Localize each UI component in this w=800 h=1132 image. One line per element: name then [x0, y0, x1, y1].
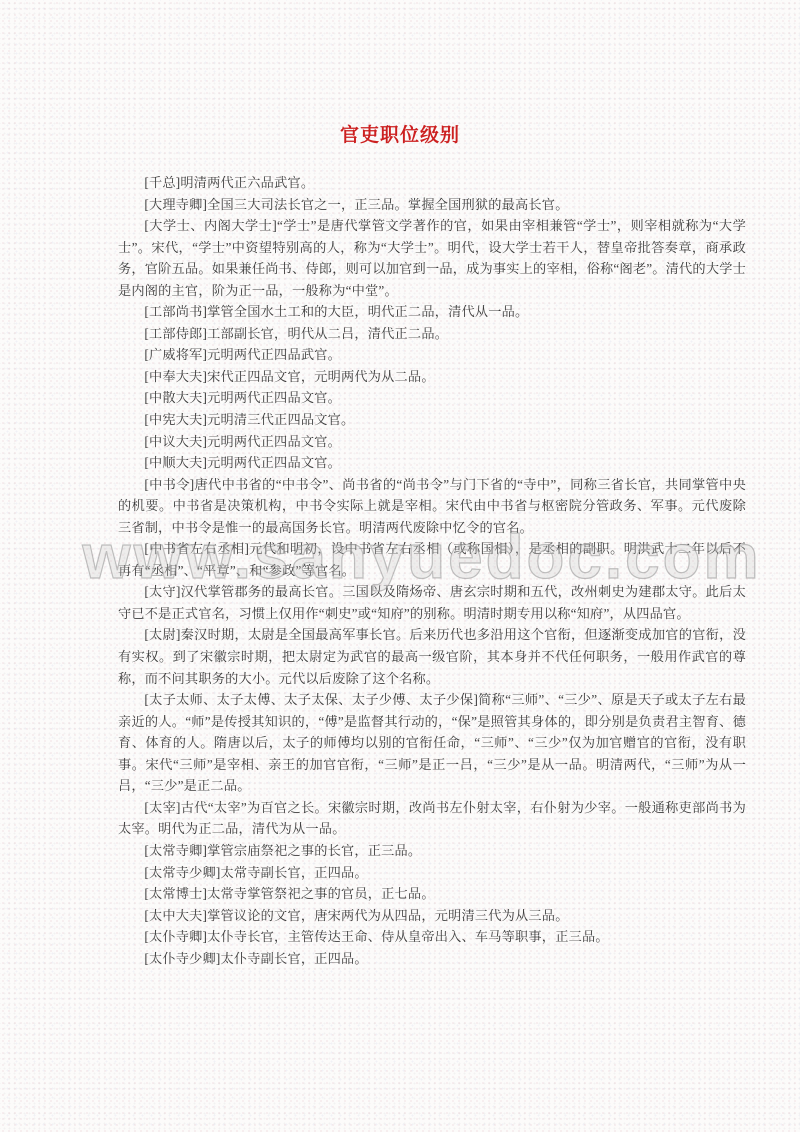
- paragraph: [太守]汉代掌管郡务的最高长官。三国以及隋炀帝、唐玄宗时期和五代，改州刺史为建郡…: [118, 581, 746, 624]
- paragraph-text: 太仆寺副长官，正四品。: [221, 951, 368, 966]
- paragraph-text: 元明两代正四品文官。: [207, 434, 341, 449]
- term-label: [太常寺少卿]: [144, 865, 220, 880]
- paragraph-text: 明清两代正六品武官。: [180, 175, 314, 190]
- paragraph-text: 元明两代正四品文官。: [207, 455, 341, 470]
- paragraph-text: 简称“三师”、“三少”、原是天子或太子左右最亲近的人。“师”是传授其知识的，“傅…: [118, 692, 746, 793]
- term-label: [广威将军]: [144, 347, 207, 362]
- paragraph-text: 秦汉时期，太尉是全国最高军事长官。后来历代也多沿用这个官衔，但逐渐变成加官的官衔…: [118, 627, 746, 685]
- document-body: [千总]明清两代正六品武官。[大理寺卿]全国三大司法长官之一，正三品。掌握全国刑…: [118, 172, 746, 969]
- paragraph-text: 工部副长官，明代从二吕，清代正二品。: [207, 326, 448, 341]
- term-label: [中书令]: [144, 477, 194, 492]
- term-label: [中奉大夫]: [144, 369, 207, 384]
- paragraph: [大学士、内阁大学士]“学士”是唐代掌管文学著作的官，如果由宰相兼管“学士”，则…: [118, 215, 746, 301]
- term-label: [太守]: [144, 584, 180, 599]
- term-label: [太常博士]: [144, 886, 207, 901]
- paragraph: [太常寺卿]掌管宗庙祭祀之事的长官，正三品。: [118, 840, 746, 862]
- paragraph: [广威将军]元明两代正四品武官。: [118, 344, 746, 366]
- paragraph-text: 唐代中书省的“中书令”、尚书省的“尚书令”与门下省的“寺中”，同称三省长官，共同…: [118, 477, 746, 535]
- page-title: 官吏职位级别: [0, 120, 800, 147]
- term-label: [太中大夫]: [144, 908, 207, 923]
- paragraph-text: 掌管宗庙祭祀之事的长官，正三品。: [207, 843, 421, 858]
- paragraph-text: 掌管全国水土工和的大臣，明代正二品，清代从一品。: [207, 304, 528, 319]
- term-label: [工部侍郎]: [144, 326, 207, 341]
- term-label: [太宰]: [144, 800, 180, 815]
- paragraph: [中奉大夫]宋代正四品文官，元明两代为从二品。: [118, 366, 746, 388]
- paragraph: [中顺大夫]元明两代正四品文官。: [118, 452, 746, 474]
- term-label: [中顺大夫]: [144, 455, 207, 470]
- paragraph: [太常寺少卿]太常寺副长官，正四品。: [118, 862, 746, 884]
- paragraph-text: 元明清三代正四品文官。: [207, 412, 354, 427]
- term-label: [中宪大夫]: [144, 412, 207, 427]
- paragraph: [太中大夫]掌管议论的文官，唐宋两代为从四品，元明清三代为从三品。: [118, 905, 746, 927]
- term-label: [太仆寺卿]: [144, 929, 207, 944]
- term-label: [太子太师、太子太傅、太子太保、太子少傅、太子少保]: [144, 692, 478, 707]
- paragraph-text: 太仆寺长官，主管传达王命、侍从皇帝出入、车马等职事，正三品。: [207, 929, 609, 944]
- paragraph: [中议大夫]元明两代正四品文官。: [118, 431, 746, 453]
- paragraph: [太仆寺卿]太仆寺长官，主管传达王命、侍从皇帝出入、车马等职事，正三品。: [118, 926, 746, 948]
- paragraph-text: 掌管议论的文官，唐宋两代为从四品，元明清三代为从三品。: [207, 908, 568, 923]
- document-page: 官吏职位级别 www.sanyuedoc.com [千总]明清两代正六品武官。[…: [0, 0, 800, 1132]
- paragraph: [工部尚书]掌管全国水土工和的大臣，明代正二品，清代从一品。: [118, 301, 746, 323]
- term-label: [大理寺卿]: [144, 197, 207, 212]
- term-label: [太尉]: [144, 627, 180, 642]
- paragraph: [太宰]古代“太宰”为百官之长。宋徽宗时期，改尚书左仆射太宰，右仆射为少宰。一般…: [118, 797, 746, 840]
- paragraph: [千总]明清两代正六品武官。: [118, 172, 746, 194]
- paragraph-text: 元明两代正四品文官。: [207, 390, 341, 405]
- paragraph-text: 太常寺副长官，正四品。: [221, 865, 368, 880]
- term-label: [大学士、内阁大学士]: [144, 218, 277, 233]
- term-label: [中书省左右丞相]: [144, 541, 249, 556]
- paragraph-text: 古代“太宰”为百官之长。宋徽宗时期，改尚书左仆射太宰，右仆射为少宰。一般通称吏部…: [118, 800, 746, 837]
- paragraph: [太仆寺少卿]太仆寺副长官，正四品。: [118, 948, 746, 970]
- paragraph: [太子太师、太子太傅、太子太保、太子少傅、太子少保]简称“三师”、“三少”、原是…: [118, 689, 746, 797]
- term-label: [太常寺卿]: [144, 843, 207, 858]
- paragraph: [中书令]唐代中书省的“中书令”、尚书省的“尚书令”与门下省的“寺中”，同称三省…: [118, 474, 746, 539]
- term-label: [中议大夫]: [144, 434, 207, 449]
- term-label: [千总]: [144, 175, 180, 190]
- paragraph-text: 汉代掌管郡务的最高长官。三国以及隋炀帝、唐玄宗时期和五代，改州刺史为建郡太守。此…: [118, 584, 746, 621]
- paragraph: [中书省左右丞相]元代和明初，设中书省左右丞相（或称国相），是丞相的副职。明洪武…: [118, 538, 746, 581]
- term-label: [工部尚书]: [144, 304, 207, 319]
- paragraph-text: 元明两代正四品武官。: [207, 347, 341, 362]
- term-label: [中散大夫]: [144, 390, 207, 405]
- paragraph: [大理寺卿]全国三大司法长官之一，正三品。掌握全国刑狱的最高长官。: [118, 194, 746, 216]
- paragraph: [中宪大夫]元明清三代正四品文官。: [118, 409, 746, 431]
- paragraph-text: 全国三大司法长官之一，正三品。掌握全国刑狱的最高长官。: [207, 197, 568, 212]
- paragraph: [太尉]秦汉时期，太尉是全国最高军事长官。后来历代也多沿用这个官衔，但逐渐变成加…: [118, 624, 746, 689]
- term-label: [太仆寺少卿]: [144, 951, 220, 966]
- paragraph-text: 太常寺掌管祭祀之事的官员，正七品。: [207, 886, 435, 901]
- paragraph-text: 宋代正四品文官，元明两代为从二品。: [207, 369, 435, 384]
- paragraph: [工部侍郎]工部副长官，明代从二吕，清代正二品。: [118, 323, 746, 345]
- paragraph: [中散大夫]元明两代正四品文官。: [118, 387, 746, 409]
- paragraph: [太常博士]太常寺掌管祭祀之事的官员，正七品。: [118, 883, 746, 905]
